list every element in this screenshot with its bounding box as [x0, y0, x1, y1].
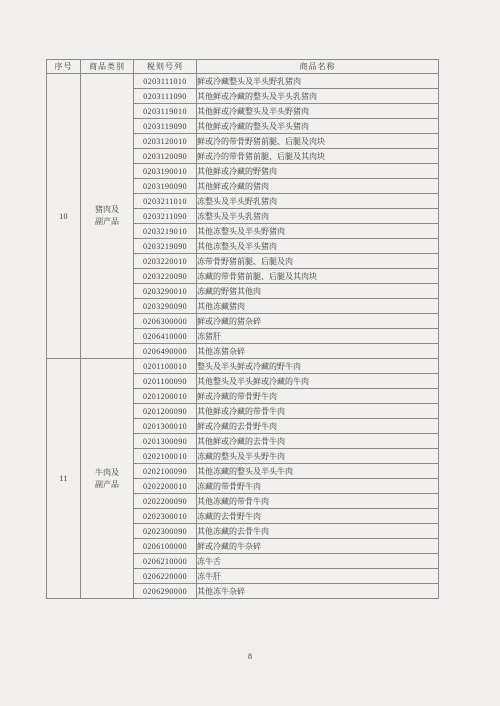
tariff-code-cell: 0203111090 [134, 89, 197, 104]
category-line: 猪肉及 [81, 204, 133, 216]
product-name-cell: 其他鲜或冷藏整头及半头野猪肉 [197, 104, 439, 119]
tariff-code-cell: 0202200010 [134, 479, 197, 494]
product-name-cell: 整头及半头鲜或冷藏的野牛肉 [197, 359, 439, 374]
tariff-code-cell: 0206220000 [134, 569, 197, 584]
table-header-row: 序号 商品类别 税则号列 商品名称 [47, 60, 439, 74]
table-row: 11牛肉及副产品0201100010整头及半头鲜或冷藏的野牛肉 [47, 359, 439, 374]
tariff-code-cell: 0202200090 [134, 494, 197, 509]
tariff-code-cell: 0203211090 [134, 209, 197, 224]
product-name-cell: 其他冻藏的去骨牛肉 [197, 524, 439, 539]
tariff-code-cell: 0203119010 [134, 104, 197, 119]
product-name-cell: 冻猪肝 [197, 329, 439, 344]
product-name-cell: 鲜或冷藏的去骨野牛肉 [197, 419, 439, 434]
product-name-cell: 其他冻藏的带骨牛肉 [197, 494, 439, 509]
serial-cell: 10 [47, 74, 81, 359]
tariff-code-cell: 0203219090 [134, 239, 197, 254]
product-name-cell: 其他冻牛杂碎 [197, 584, 439, 599]
tariff-code-cell: 0203120090 [134, 149, 197, 164]
product-name-cell: 其他鲜或冷藏的整头及半头猪肉 [197, 119, 439, 134]
product-name-cell: 其他鲜或冷藏的猪肉 [197, 179, 439, 194]
tariff-code-cell: 0206410000 [134, 329, 197, 344]
column-header-tariff-code: 税则号列 [134, 60, 197, 74]
product-name-cell: 冻整头及半头乳猪肉 [197, 209, 439, 224]
category-cell: 猪肉及副产品 [81, 74, 134, 359]
tariff-code-cell: 0202300090 [134, 524, 197, 539]
product-name-cell: 冻藏的整头及半头野牛肉 [197, 449, 439, 464]
category-cell: 牛肉及副产品 [81, 359, 134, 599]
category-line: 副产品 [81, 216, 133, 228]
product-name-cell: 鲜或冷藏的猪杂碎 [197, 314, 439, 329]
product-name-cell: 其他鲜或冷藏的带骨牛肉 [197, 404, 439, 419]
product-name-cell: 其他冻猪杂碎 [197, 344, 439, 359]
product-name-cell: 冻藏的带骨野牛肉 [197, 479, 439, 494]
tariff-code-cell: 0203111010 [134, 74, 197, 89]
tariff-code-cell: 0201300090 [134, 434, 197, 449]
category-line: 牛肉及 [81, 467, 133, 479]
table-row: 10猪肉及副产品0203111010鲜或冷藏整头及半头野乳猪肉 [47, 74, 439, 89]
tariff-code-cell: 0203211010 [134, 194, 197, 209]
product-name-cell: 其他冻整头及半头野猪肉 [197, 224, 439, 239]
product-name-cell: 其他鲜或冷藏的去骨牛肉 [197, 434, 439, 449]
tariff-code-cell: 0202300010 [134, 509, 197, 524]
tariff-code-cell: 0203220090 [134, 269, 197, 284]
tariff-code-cell: 0202100010 [134, 449, 197, 464]
tariff-code-cell: 0203190090 [134, 179, 197, 194]
tariff-code-cell: 0203290010 [134, 284, 197, 299]
tariff-code-cell: 0203119090 [134, 119, 197, 134]
product-name-cell: 其他冻整头及半头猪肉 [197, 239, 439, 254]
product-name-cell: 鲜或冷藏的带骨野牛肉 [197, 389, 439, 404]
tariff-code-cell: 0203190010 [134, 164, 197, 179]
serial-cell: 11 [47, 359, 81, 599]
tariff-code-cell: 0206100000 [134, 539, 197, 554]
product-name-cell: 冻牛舌 [197, 554, 439, 569]
tariff-code-cell: 0206290000 [134, 584, 197, 599]
product-name-cell: 鲜或冷的带骨野猪前腿、后腿及肉块 [197, 134, 439, 149]
tariff-code-cell: 0201300010 [134, 419, 197, 434]
product-name-cell: 冻牛肝 [197, 569, 439, 584]
column-header-serial: 序号 [47, 60, 81, 74]
tariff-code-cell: 0203120010 [134, 134, 197, 149]
product-name-cell: 冻藏的带骨猪前腿、后腿及其肉块 [197, 269, 439, 284]
product-name-cell: 冻藏的去骨野牛肉 [197, 509, 439, 524]
category-line: 副产品 [81, 479, 133, 491]
product-name-cell: 冻带骨野猪前腿、后腿及肉 [197, 254, 439, 269]
product-name-cell: 鲜或冷藏整头及半头野乳猪肉 [197, 74, 439, 89]
tariff-code-cell: 0201100090 [134, 374, 197, 389]
tariff-code-cell: 0201200010 [134, 389, 197, 404]
product-name-cell: 其他鲜或冷藏的整头及半头乳猪肉 [197, 89, 439, 104]
product-name-cell: 其他整头及半头鲜或冷藏的牛肉 [197, 374, 439, 389]
tariff-code-cell: 0206210000 [134, 554, 197, 569]
product-name-cell: 其他鲜或冷藏的野猪肉 [197, 164, 439, 179]
product-name-cell: 其他冻藏猪肉 [197, 299, 439, 314]
tariff-code-cell: 0203220010 [134, 254, 197, 269]
tariff-code-cell: 0203290090 [134, 299, 197, 314]
column-header-category: 商品类别 [81, 60, 134, 74]
tariff-code-cell: 0206300000 [134, 314, 197, 329]
tariff-code-cell: 0203219010 [134, 224, 197, 239]
page-number: 8 [0, 652, 500, 661]
product-name-cell: 鲜或冷藏的牛杂碎 [197, 539, 439, 554]
tariff-code-cell: 0201200090 [134, 404, 197, 419]
product-name-cell: 冻整头及半头野乳猪肉 [197, 194, 439, 209]
tariff-code-cell: 0201100010 [134, 359, 197, 374]
tariff-table: 序号 商品类别 税则号列 商品名称 10猪肉及副产品0203111010鲜或冷藏… [46, 59, 439, 599]
document-page: 序号 商品类别 税则号列 商品名称 10猪肉及副产品0203111010鲜或冷藏… [0, 0, 500, 706]
tariff-code-cell: 0202100090 [134, 464, 197, 479]
tariff-code-cell: 0206490000 [134, 344, 197, 359]
product-name-cell: 鲜或冷的带骨猪前腿、后腿及其肉块 [197, 149, 439, 164]
product-name-cell: 冻藏的野猪其他肉 [197, 284, 439, 299]
product-name-cell: 其他冻藏的整头及半头牛肉 [197, 464, 439, 479]
column-header-product-name: 商品名称 [197, 60, 439, 74]
